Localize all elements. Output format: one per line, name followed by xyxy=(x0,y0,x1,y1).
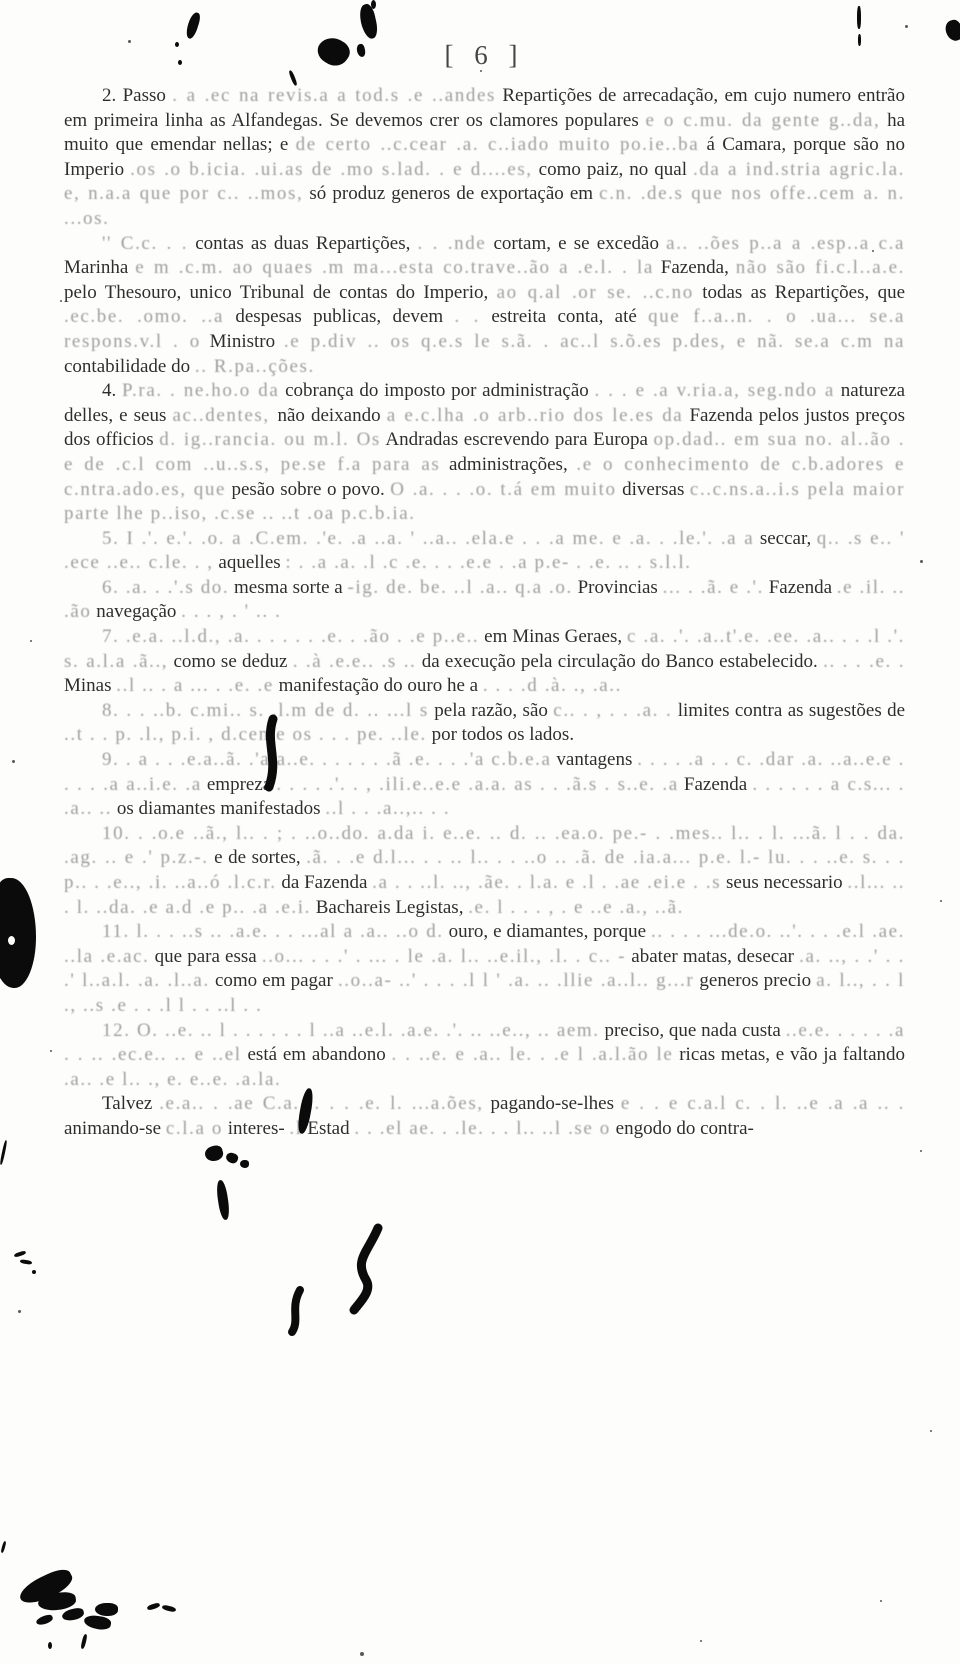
paragraph-4: 5. I .'. e.'. .o. a .C.em. .'e. .a ..a. … xyxy=(64,527,905,576)
illegible-text-run: ... . .ã. e .'. xyxy=(663,577,764,598)
legible-text-run: Fazenda xyxy=(769,577,832,598)
illegible-text-run: P.ra. . ne.ho.o da xyxy=(122,380,279,401)
legible-text-run: manifestação do ouro he a xyxy=(279,675,478,696)
legible-text-run: Minas xyxy=(64,675,112,696)
legible-text-run: e de sortes, xyxy=(214,847,301,868)
pen-stroke-mid xyxy=(255,715,295,795)
illegible-text-run: ao q.al .or se. ..c.no xyxy=(497,282,694,303)
legible-text-run: Talvez xyxy=(102,1093,152,1114)
illegible-text-run: ..t . . p. .l., p.i. , d.cen.e os . . . … xyxy=(64,724,427,745)
legible-text-run: cobrança do imposto por administração xyxy=(285,380,589,401)
illegible-text-run: d. ig..rancia. ou m.l. Os xyxy=(159,429,381,450)
legible-text-run: diversas xyxy=(622,479,684,500)
paragraph-5: 6. .a. . .'.s do. mesma sorte a -ig. de.… xyxy=(64,576,905,625)
legible-text-run: mesma sorte a xyxy=(234,577,343,598)
paper-speck xyxy=(700,1640,702,1642)
paragraph-12: Talvez .e.a.. . .ae C.a. .. . . .e. l. .… xyxy=(64,1092,905,1141)
legible-text-run: 2. Passo xyxy=(102,85,166,106)
illegible-text-run: .a . . ..l. .., .ãe. . l.a. e .l . .ae .… xyxy=(372,872,721,893)
paper-speck xyxy=(940,900,942,902)
illegible-text-run: a.. ..ões p..a a .esp..a c.a xyxy=(666,233,905,254)
illegible-text-run: 7. .e.a. ..l.d., .a. . . . . . .e. . .ão… xyxy=(102,626,479,647)
legible-text-run: em Minas Geraes, xyxy=(484,626,622,647)
legible-text-run: animando-se xyxy=(64,1118,161,1139)
legible-text-run: estreita conta, até xyxy=(491,306,636,327)
illegible-text-run: 6. .a. . .'.s do. xyxy=(102,577,229,598)
legible-text-run: 4. xyxy=(102,380,116,401)
legible-text-run: como em pagar xyxy=(215,970,333,991)
illegible-text-run: .ec.be. .omo. ..a xyxy=(64,306,224,327)
legible-text-run: cortam, e se excedão xyxy=(494,233,659,254)
paper-speck xyxy=(920,1150,922,1152)
page-number: [ 6 ] xyxy=(64,40,905,71)
illegible-text-run: . . . , . ' .. . xyxy=(181,601,281,622)
illegible-text-run: . . xyxy=(454,306,480,327)
legible-text-run: pela razão, são xyxy=(434,700,548,721)
illegible-text-run: não são fi.c.l..a.e. xyxy=(736,257,905,278)
illegible-text-run: . . .nde xyxy=(418,233,487,254)
paper-speck xyxy=(30,640,32,642)
legible-text-run: Estad xyxy=(307,1118,349,1139)
legible-text-run: Provincias xyxy=(578,577,658,598)
illegible-text-run: .e.a.. . .ae C.a. .. . . .e. l. ...a.ões… xyxy=(159,1093,483,1114)
illegible-text-run: ac..dentes, xyxy=(172,405,277,426)
legible-text-run: preciso, que nada custa xyxy=(604,1020,780,1041)
legible-text-run: despesas publicas, devem xyxy=(235,306,443,327)
legible-text-run: os diamantes manifestados xyxy=(117,798,321,819)
legible-text-run: da Fazenda xyxy=(281,872,367,893)
legible-text-run: limites contra as sugestões de xyxy=(678,700,905,721)
illegible-text-run: .e. l . . . , . e ..e .a., ..ã. xyxy=(468,897,684,918)
illegible-text-run: ..l .. . a ... . .e. .e xyxy=(116,675,274,696)
legible-text-run: Ministro xyxy=(210,331,275,352)
illegible-text-run: . . . e .a v.ria.a, seg.ndo a xyxy=(595,380,835,401)
paper-speck xyxy=(50,1050,52,1052)
paper-speck xyxy=(920,560,923,563)
paper-speck xyxy=(880,1600,882,1602)
paper-speck xyxy=(872,250,874,252)
illegible-text-run: c.l.a o xyxy=(166,1118,223,1139)
paper-speck xyxy=(360,1652,364,1656)
illegible-text-run: e . . e c.a.l c. . l. ..e .a .a .. . xyxy=(621,1093,905,1114)
legible-text-run: ouro, e diamantes, porque xyxy=(449,921,646,942)
legible-text-run: não deixando xyxy=(277,405,380,426)
legible-text-run: pelo Thesouro, unico Tribunal de contas … xyxy=(64,282,488,303)
illegible-text-run: ..l . . .a..,.. . . xyxy=(325,798,450,819)
illegible-text-run: c.. . , . . .a. . xyxy=(553,700,672,721)
illegible-text-run: de certo ..c.cear .a. c..iado muito po.i… xyxy=(296,134,700,155)
illegible-text-run: a e.c.lha .o arb..rio dos le.es da xyxy=(387,405,684,426)
paper-speck xyxy=(60,300,62,302)
paper-speck xyxy=(930,1430,932,1432)
legible-text-run: abater matas, desecar xyxy=(631,946,794,967)
illegible-text-run: e m .c.m. ao quaes .m ma...esta co.trave… xyxy=(135,257,654,278)
illegible-text-run: . . . . .'. . , .ili.e..e.e .a.a. as . .… xyxy=(276,774,678,795)
illegible-text-run: 9. . a . . .e.a..ã. .'a.a..e. . . . . . … xyxy=(102,749,552,770)
paragraph-3: 4. P.ra. . ne.ho.o da cobrança do impost… xyxy=(64,379,905,527)
paper-speck xyxy=(480,70,482,72)
paper-speck xyxy=(12,760,15,763)
paragraph-7: 8. . . ..b. c.mi.. s. .l.m de d. .. ...l… xyxy=(64,699,905,748)
illegible-text-run: .. R.pa..ções. xyxy=(195,356,315,377)
legible-text-run: Andradas escrevendo para Europa xyxy=(385,429,648,450)
illegible-text-run: 5. I .'. e.'. .o. a .C.em. .'e. .a ..a. … xyxy=(102,528,754,549)
illegible-text-run: . . ..e. e .a.. le. . .e l .a.l.ão le xyxy=(392,1044,674,1065)
legible-text-run: interes- xyxy=(228,1118,285,1139)
legible-text-run: está em abandono xyxy=(248,1044,386,1065)
legible-text-run: Fazenda xyxy=(684,774,747,795)
legible-text-run: vantagens xyxy=(556,749,632,770)
paragraph-9: 10. . .o.e ..ã., l.. . ; . ..o..do. a.da… xyxy=(64,822,905,920)
paragraph-6: 7. .e.a. ..l.d., .a. . . . . . .e. . .ão… xyxy=(64,625,905,699)
illegible-text-run: .. . . .e. . xyxy=(823,651,905,672)
paragraph-2: '' C.c. . . contas as duas Repartições, … xyxy=(64,232,905,380)
paragraph-1: 2. Passo . a .ec na revis.a a tod.s .e .… xyxy=(64,84,905,232)
legible-text-run: seccar, xyxy=(760,528,811,549)
illegible-text-run: . . . .d .à. ., .a.. xyxy=(483,675,622,696)
illegible-text-run: e o c.mu. da gente g..da, xyxy=(646,110,881,131)
legible-text-run: contabilidade do xyxy=(64,356,190,377)
legible-text-run: engodo do contra- xyxy=(616,1118,754,1139)
illegible-text-run: ..o... . . .' . ... . le .a. l.. ..e.il.… xyxy=(262,946,626,967)
illegible-text-run: O .a. . . .o. t.á em muito xyxy=(390,479,616,500)
illegible-text-run: '' C.c. . . xyxy=(102,233,188,254)
legible-text-run: seus necessario xyxy=(726,872,843,893)
legible-text-run: aquelles xyxy=(218,552,280,573)
legible-text-run: da execução pela circulação do Banco est… xyxy=(422,651,818,672)
illegible-text-run: -ig. de. be. ..l .a.. q.a .o. xyxy=(348,577,573,598)
paragraph-11: 12. O. ..e. .. l . . . . . . l ..a ..e.l… xyxy=(64,1019,905,1093)
illegible-text-run: 11. l. . . ..s .. .a.e. . . ...al a .a..… xyxy=(102,921,444,942)
illegible-text-run: 12. O. ..e. .. l . . . . . . l ..a ..e.l… xyxy=(102,1020,600,1041)
illegible-text-run: . . .el ae. . .le. . . l.. ..l .se o xyxy=(354,1118,611,1139)
illegible-text-run: ..o..a- ..' . . . .l l ' .a. .. .llie .a… xyxy=(338,970,694,991)
legible-text-run: só produz generos de exportação em xyxy=(309,183,593,204)
illegible-text-run: .os .o b.icia. .ui.as de .mo s.lad. . e … xyxy=(130,159,533,180)
paper-speck xyxy=(905,25,908,28)
paper-speck xyxy=(18,1310,21,1313)
illegible-text-run: : . .a .a. .l .c .e. . . .e.e . .a p.e- … xyxy=(285,552,691,573)
pen-scribble-curve xyxy=(250,1220,410,1340)
illegible-text-run: . .à .e.e.. .s .. xyxy=(293,651,417,672)
legible-text-run: pesão sobre o povo. xyxy=(232,479,385,500)
illegible-text-run: . a .ec na revis.a a tod.s .e ..andes xyxy=(172,85,496,106)
paragraph-10: 11. l. . . ..s .. .a.e. . . ...al a .a..… xyxy=(64,920,905,1018)
paper-speck xyxy=(128,40,131,43)
legible-text-run: Bachareis Legistas, xyxy=(316,897,464,918)
scanned-document-page: [ 6 ] 2. Passo . a .ec na revis.a a tod.… xyxy=(0,0,960,1664)
illegible-text-run: .a.. .e l.. ., e. e..e. .a.la. xyxy=(64,1069,281,1090)
legible-text-run: Fazenda, xyxy=(661,257,729,278)
legible-text-run: contas as duas Repartições, xyxy=(195,233,410,254)
legible-text-run: como se deduz xyxy=(173,651,287,672)
body-text-column: 2. Passo . a .ec na revis.a a tod.s .e .… xyxy=(64,84,905,1142)
legible-text-run: Marinha xyxy=(64,257,128,278)
paragraph-8: 9. . a . . .e.a..ã. .'a.a..e. . . . . . … xyxy=(64,748,905,822)
legible-text-run: navegação xyxy=(96,601,176,622)
illegible-text-run: .e p.div .. os q.e.s le s.ã. . ac..l s.õ… xyxy=(284,331,905,352)
legible-text-run: que para essa xyxy=(155,946,257,967)
legible-text-run: administrações, xyxy=(449,454,568,475)
legible-text-run: por todos os lados. xyxy=(432,724,575,745)
legible-text-run: todas as Repartições, que xyxy=(702,282,905,303)
legible-text-run: como paiz, no qual xyxy=(539,159,687,180)
ink-blot-right-edge xyxy=(943,18,960,43)
legible-text-run: pagando-se-lhes xyxy=(491,1093,614,1114)
legible-text-run: generos precio xyxy=(699,970,811,991)
legible-text-run: ricas metas, e vão ja faltando xyxy=(679,1044,905,1065)
